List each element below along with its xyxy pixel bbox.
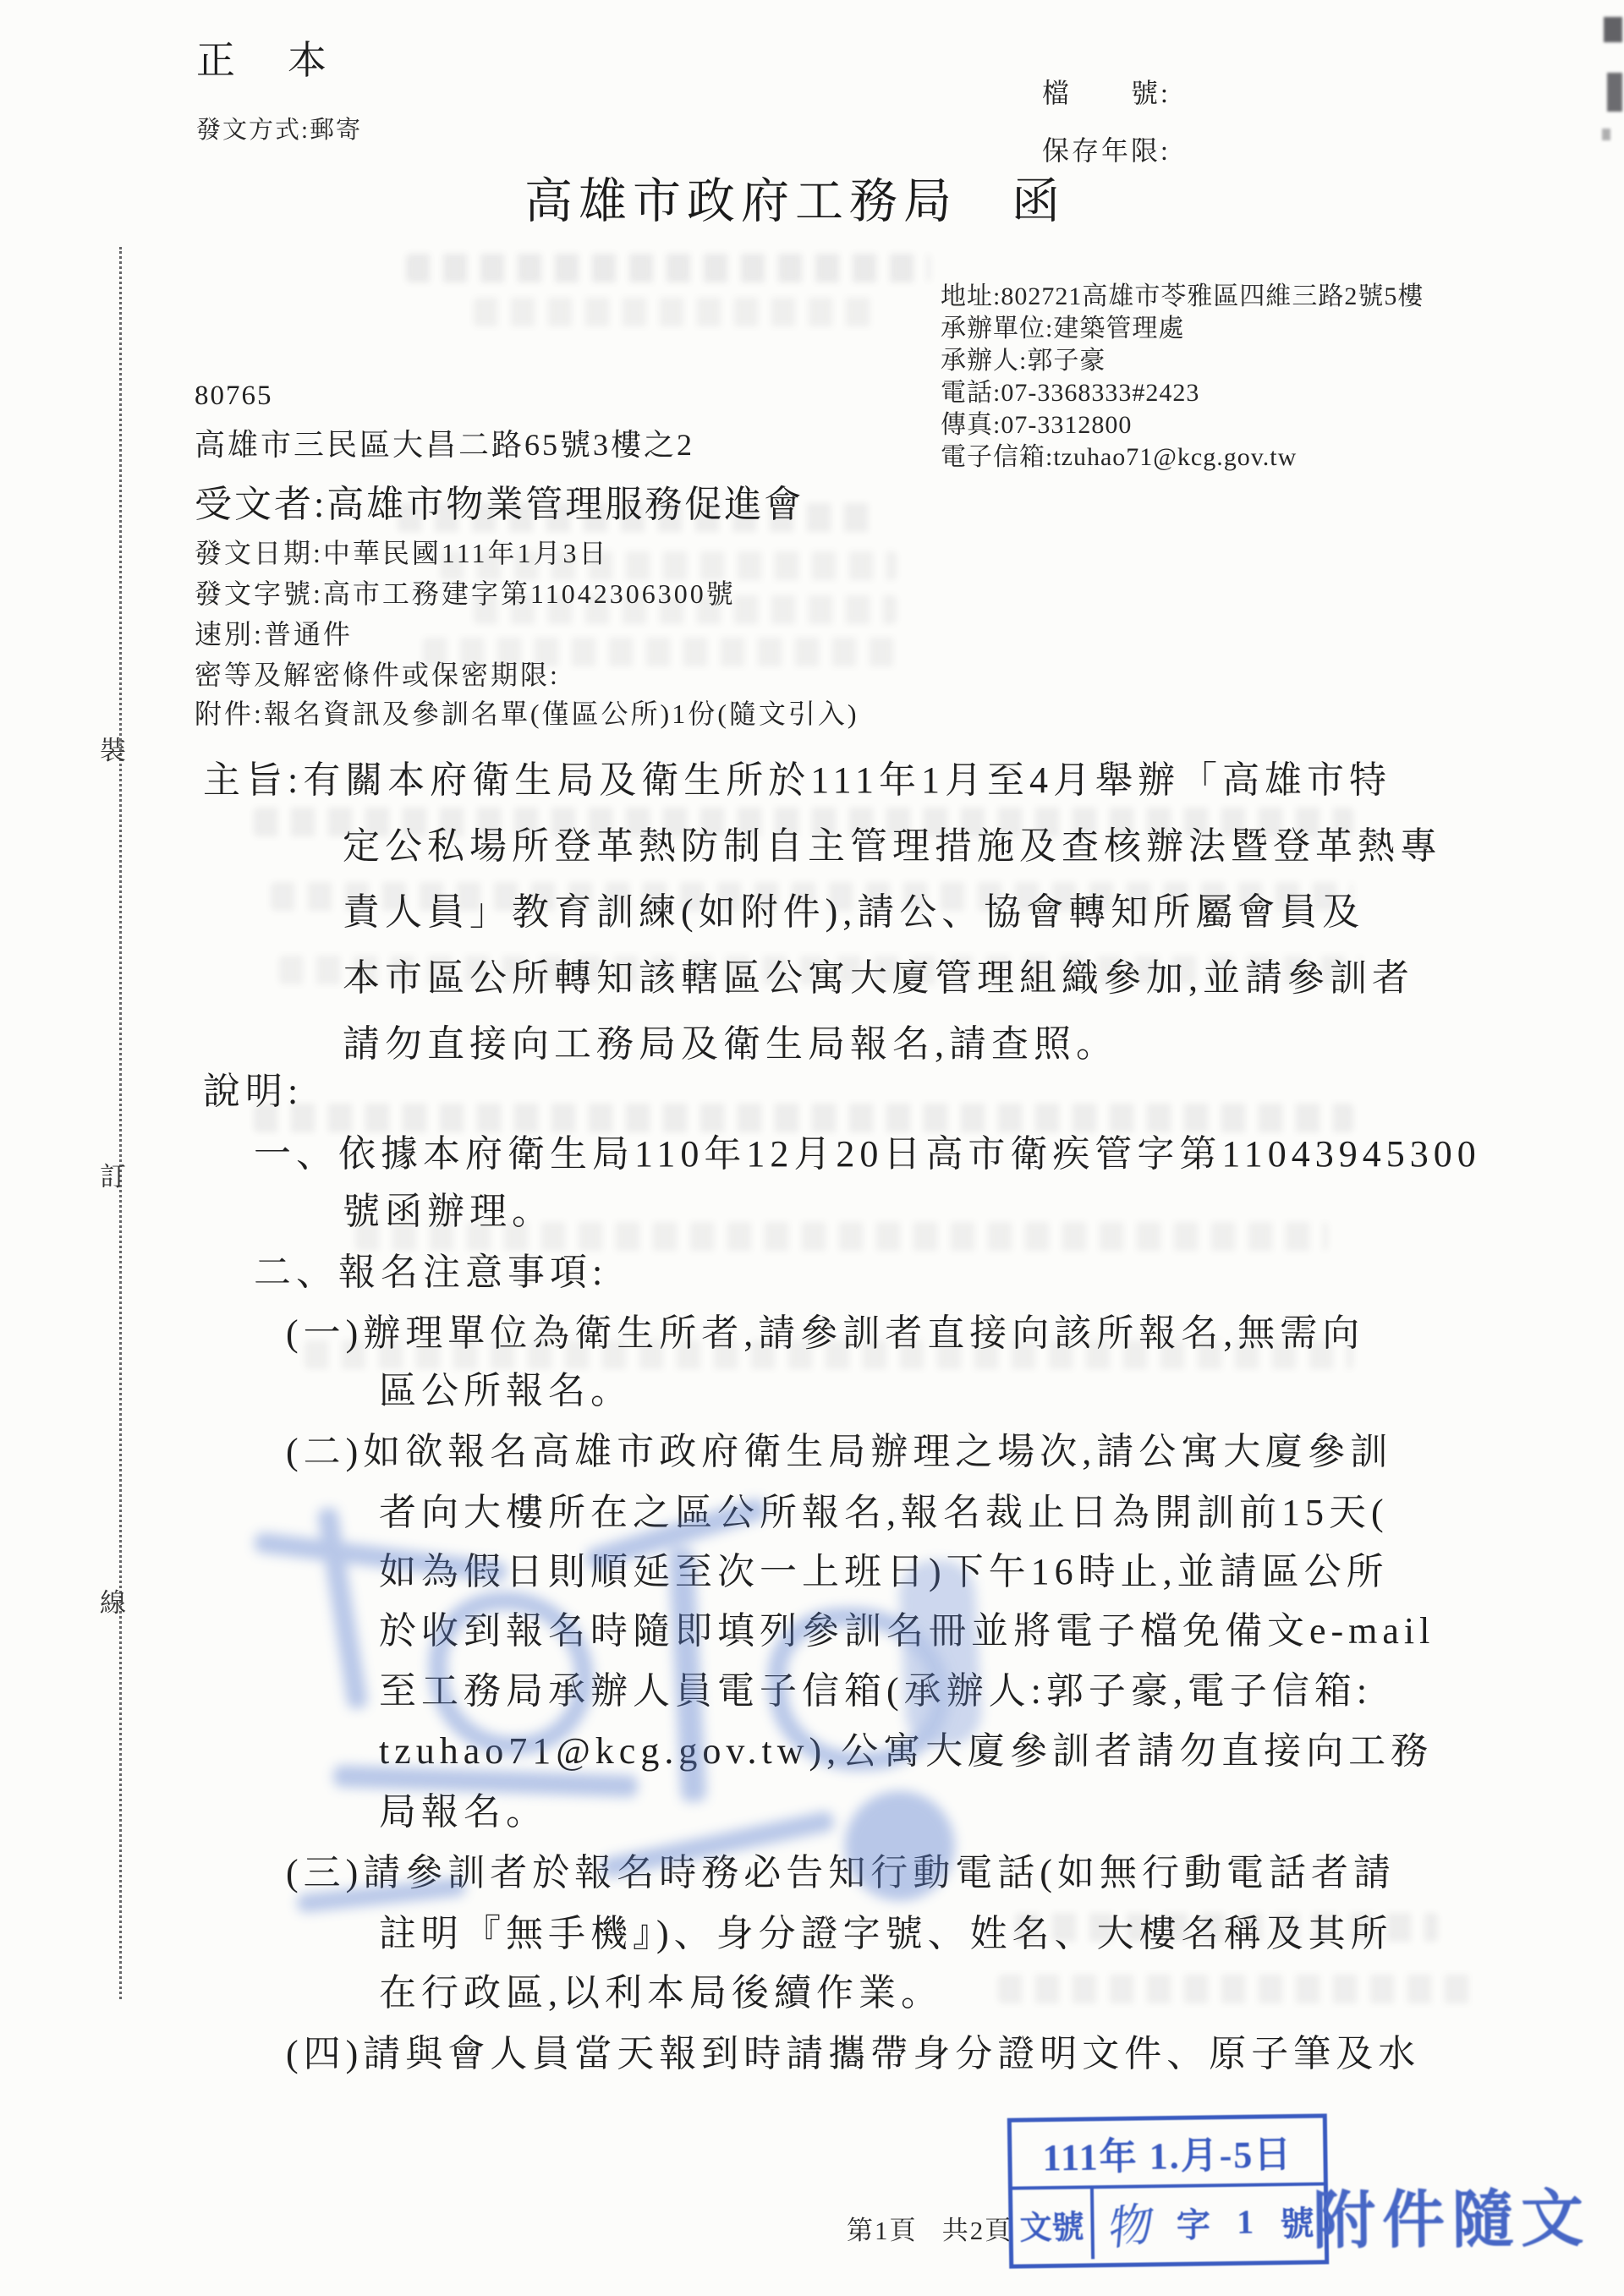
speed-class: 速別:普通件: [195, 619, 353, 650]
binding-label-ding: 訂: [100, 1155, 126, 1193]
subject-line: 定公私場所登革熱防制自主管理措施及查核辦法暨登革熱專: [343, 825, 1442, 869]
stamp-number: 1: [1237, 2202, 1254, 2242]
explanation-sub-item-2: 至工務局承辦人員電子信箱(承辦人:郭子豪,電子信箱:: [379, 1670, 1372, 1713]
explanation-sub-item-2: 如為假日則順延至次一上班日)下午16時止,並請區公所: [379, 1551, 1389, 1594]
issue-date: 發文日期:中華民國111年1月3日: [195, 538, 609, 569]
document-title: 高雄市政府工務局 函: [524, 175, 1066, 228]
sender-email: 電子信箱:tzuhao71@kcg.gov.tw: [941, 443, 1297, 473]
explanation-sub-item-4: (四)請與會人員當天報到時請攜帶身分證明文件、原子筆及水: [286, 2033, 1420, 2076]
scanned-official-letter-page: 正 本 發文方式:郵寄 檔 號: 保存年限: 高雄市政府工務局 函 地址:802…: [0, 0, 1624, 2296]
scan-artifact: [1602, 129, 1610, 140]
explanation-sub-item-2: (二)如欲報名高雄市政府衛生局辦理之場次,請公寓大廈參訓: [286, 1431, 1392, 1474]
stamp-doc-number-value: 物 字 1 號: [1094, 2185, 1325, 2259]
scan-artifact: [1604, 17, 1622, 42]
sender-phone: 電話:07-3368333#2423: [941, 379, 1199, 408]
explanation-sub-item-2: 局報名。: [379, 1791, 548, 1834]
binding-label-zhuang: 裝: [100, 729, 126, 767]
bleedthrough-row: [474, 298, 880, 326]
stamp-handwritten-char: 物: [1100, 2188, 1155, 2259]
file-number-label: 檔 號:: [1042, 78, 1171, 109]
explanation-item-1: 一、依據本府衛生局110年12月20日高市衛疾管字第11043945300: [254, 1133, 1481, 1176]
explanation-sub-item-2: tzuhao71@kcg.gov.tw),公寓大廈參訓者請勿直接向工務: [379, 1730, 1433, 1773]
recipient-postal-code: 80765: [195, 381, 273, 413]
page-total: 共2頁: [942, 2216, 1013, 2245]
bleedthrough-row: [406, 254, 930, 282]
sender-fax: 傳真:07-3312800: [941, 411, 1132, 441]
copy-type-label: 正 本: [196, 39, 333, 84]
explanation-sub-item-2: 者向大樓所在之區公所報名,報名裁止日為開訓前15天(: [379, 1492, 1389, 1535]
stamp-date-line: 111年 1.月-5日: [1012, 2118, 1324, 2189]
binding-dotted-line: [119, 247, 122, 1999]
page-footer: 第1頁 共2頁: [814, 2185, 1012, 2276]
attachment-follows-stamp: 附件隨文: [1313, 2169, 1591, 2261]
scan-artifact: [1607, 73, 1622, 112]
subject-line: 主旨:有關本府衛生局及衛生所於111年1月至4月舉辦「高雄市特: [203, 759, 1391, 803]
explanation-sub-item-3: 註明『無手機』)、身分證字號、姓名、大樓名稱及其所: [379, 1913, 1393, 1956]
subject-line: 本市區公所轉知該轄區公寓大廈管理組織參加,並請參訓者: [343, 957, 1414, 1000]
security-class: 密等及解密條件或保密期限:: [195, 660, 560, 691]
attachment-note: 附件:報名資訊及參訓名單(僅區公所)1份(隨文引入): [195, 699, 859, 730]
sender-address: 地址:802721高雄市苓雅區四維三路2號5樓: [941, 282, 1424, 312]
recipient-name: 受文者:高雄市物業管理服務促進會: [195, 484, 804, 527]
explanation-sub-item-1: (一)辦理單位為衛生所者,請參訓者直接向該所報名,無需向: [286, 1312, 1364, 1356]
stamp-word-label: 字: [1176, 2198, 1210, 2247]
binding-label-xian: 線: [100, 1581, 126, 1619]
sender-unit: 承辦單位:建築管理處: [941, 315, 1184, 344]
recipient-address: 高雄市三民區大昌二路65號3樓之2: [195, 428, 694, 463]
explanation-sub-item-3: 在行政區,以利本局後續作業。: [379, 1972, 943, 2015]
explanation-sub-item-3: (三)請參訓者於報名時務必告知行動電話(如無行動電話者請: [286, 1852, 1396, 1895]
bleedthrough-row: [998, 1975, 1472, 2003]
received-date-stamp: 111年 1.月-5日 文號 物 字 1 號: [1007, 2113, 1329, 2268]
stamp-no-label: 號: [1280, 2197, 1314, 2246]
page-number: 第1頁: [847, 2216, 918, 2245]
issue-number: 發文字號:高市工務建字第11042306300號: [195, 578, 736, 610]
explanation-sub-item-1: 區公所報名。: [379, 1370, 633, 1413]
explanation-sub-item-2: 於收到報名時隨即填列參訓名冊並將電子檔免備文e-mail: [379, 1610, 1435, 1653]
explanation-item-1: 號函辦理。: [343, 1191, 554, 1234]
explanation-heading: 說明:: [203, 1071, 303, 1114]
explanation-item-2: 二、報名注意事項:: [254, 1252, 607, 1295]
bleedthrough-row: [254, 1104, 1353, 1132]
delivery-method-label: 發文方式:郵寄: [196, 117, 362, 145]
subject-line: 責人員」教育訓練(如附件),請公、協會轉知所屬會員及: [343, 891, 1364, 934]
stamp-doc-number-label: 文號: [1012, 2189, 1095, 2260]
subject-line: 請勿直接向工務局及衛生局報名,請查照。: [343, 1023, 1118, 1066]
sender-person: 承辦人:郭子豪: [941, 347, 1106, 376]
